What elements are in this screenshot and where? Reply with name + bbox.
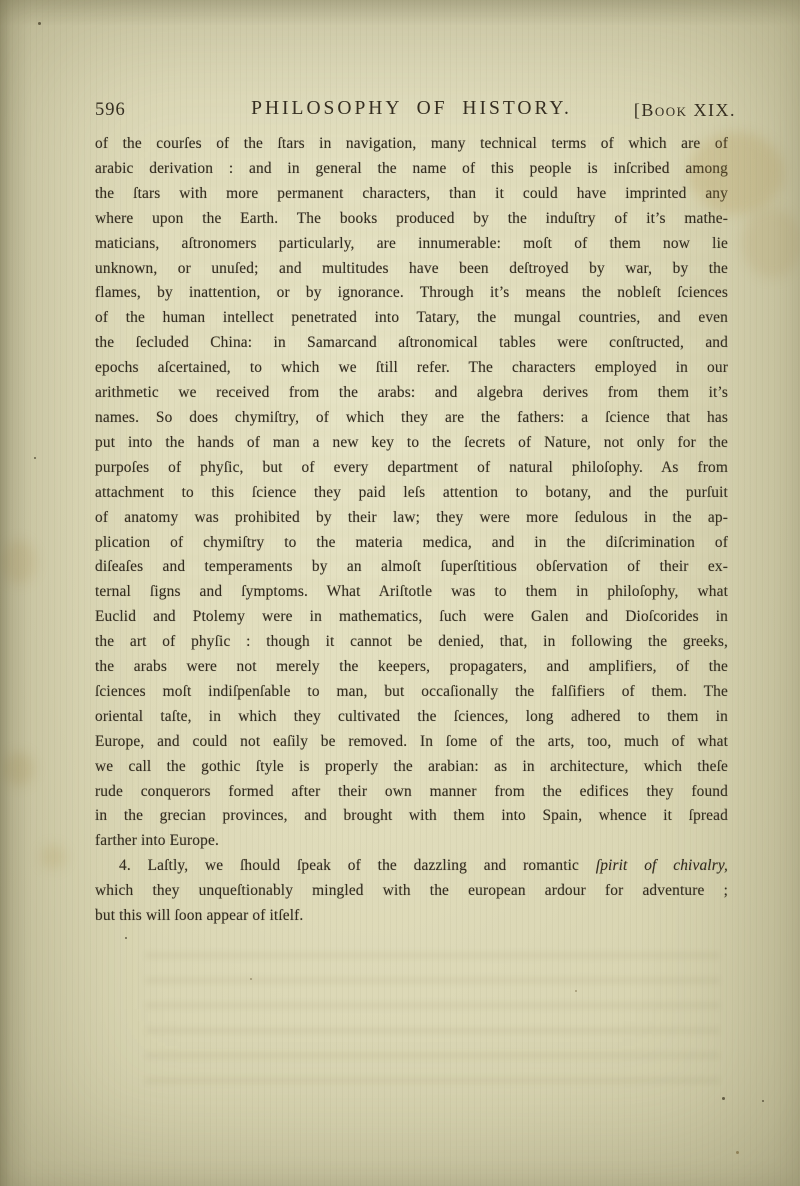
text-line: arithmetic we received from the arabs: a… <box>95 381 728 406</box>
text-line: we call the gothic ſtyle is properly the… <box>95 755 728 780</box>
text-line: ternal ſigns and ſymptoms. What Ariſtotl… <box>95 580 728 605</box>
text-line: ſciences moſt indiſpenſable to man, but … <box>95 680 728 705</box>
paper-speck <box>125 937 127 939</box>
paper-stain <box>4 752 34 786</box>
text-line: in the grecian provinces, and brought wi… <box>95 804 728 829</box>
text-line: plication of chymiſtry to the materia me… <box>95 531 728 556</box>
book-chapter-label: [Book XIX. <box>634 100 736 121</box>
paper-speck <box>736 1151 739 1154</box>
gutter-shadow <box>0 0 34 1186</box>
text-line: but this will ſoon appear of itſelf. <box>95 904 728 929</box>
book-page-scan: 596 PHILOSOPHY OF HISTORY. [Book XIX. of… <box>0 0 800 1186</box>
text-line: the art of phyſic : though it cannot be … <box>95 630 728 655</box>
text-line: diſeaſes and temperaments by an almoſt ſ… <box>95 555 728 580</box>
text-line: Europe, and could not eaſily be removed.… <box>95 730 728 755</box>
text-line: 4. Laſtly, we ſhould ſpeak of the dazzli… <box>95 854 728 879</box>
paper-speck <box>575 990 577 992</box>
text-line: Euclid and Ptolemy were in mathematics, … <box>95 605 728 630</box>
text-line: oriental taſte, in which they cultivated… <box>95 705 728 730</box>
text-line: epochs aſcertained, to which we ſtill re… <box>95 356 728 381</box>
paper-speck <box>250 978 252 980</box>
text-line: rude conquerors formed after their own m… <box>95 780 728 805</box>
text-line: the ſtars with more permanent characters… <box>95 182 728 207</box>
text-line: of the courſes of the ſtars in navigatio… <box>95 132 728 157</box>
text-line: farther into Europe. <box>95 829 728 854</box>
text-line: names. So does chymiſtry, of which they … <box>95 406 728 431</box>
paper-stain <box>742 208 800 278</box>
text-line: where upon the Earth. The books produced… <box>95 207 728 232</box>
text-line: the arabs were not merely the keepers, p… <box>95 655 728 680</box>
reverse-side-showthrough <box>145 952 720 1102</box>
text-line: put into the hands of man a new key to t… <box>95 431 728 456</box>
text-line: arabic derivation : and in general the n… <box>95 157 728 182</box>
paper-stain <box>40 845 66 869</box>
text-line: maticians, aſtronomers particularly, are… <box>95 232 728 257</box>
paper-speck <box>38 22 41 25</box>
text-line: of anatomy was prohibited by their law; … <box>95 506 728 531</box>
text-line: purpoſes of phyſic, but of every departm… <box>95 456 728 481</box>
paper-speck <box>722 1097 725 1100</box>
text-line: of the human intellect penetrated into T… <box>95 306 728 331</box>
edge-shadow <box>0 0 800 26</box>
text-line: which they unqueſtionably mingled with t… <box>95 879 728 904</box>
body-text: of the courſes of the ſtars in navigatio… <box>95 132 728 929</box>
text-line: flames, by inattention, or by ignorance.… <box>95 281 728 306</box>
paper-speck <box>34 457 36 459</box>
text-line: attachment to this ſcience they paid leſ… <box>95 481 728 506</box>
paper-stain <box>2 540 36 584</box>
paper-speck <box>762 1100 764 1102</box>
text-line: the ſecluded China: in Samarcand aſtrono… <box>95 331 728 356</box>
text-line: unknown, or unuſed; and multitudes have … <box>95 257 728 282</box>
